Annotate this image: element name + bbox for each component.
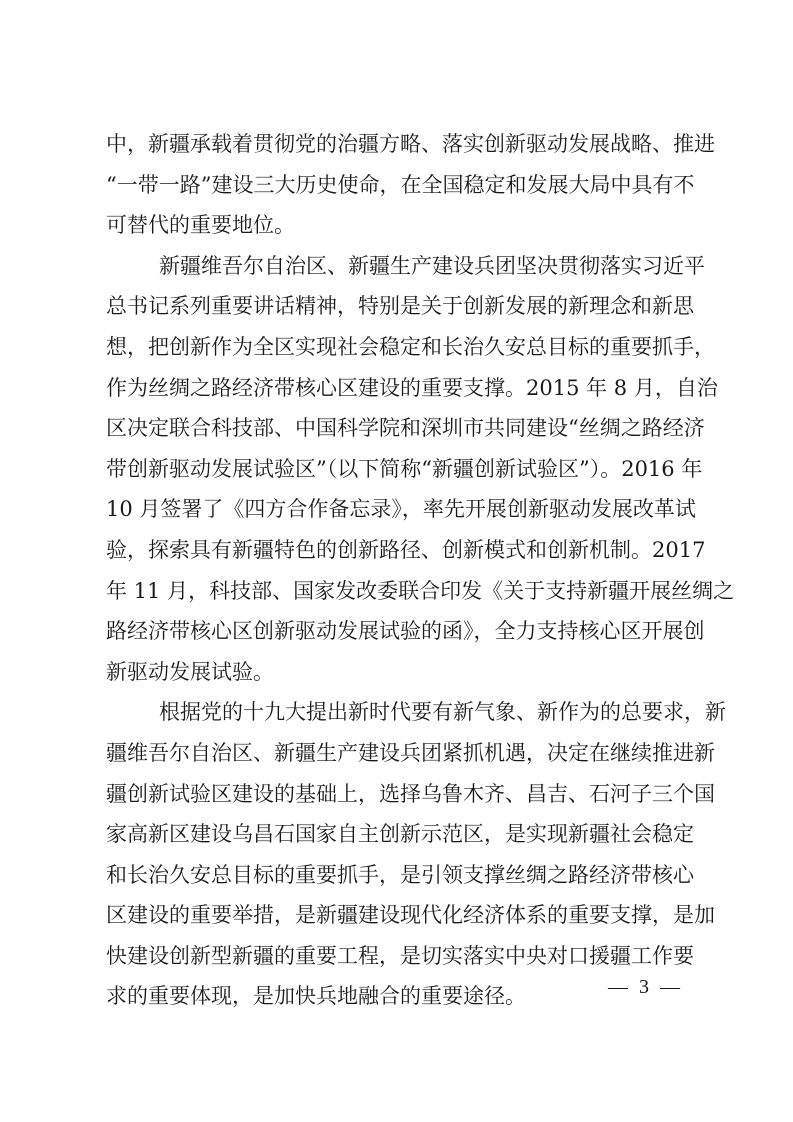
text-line: 新驱动发展试验。 <box>106 652 690 693</box>
text-line: 根据党的十九大提出新时代要有新气象、新作为的总要求，新 <box>106 692 690 733</box>
text-line: 区建设的重要举措，是新疆建设现代化经济体系的重要支撑，是加 <box>106 895 690 936</box>
text-line: 求的重要体现，是加快兵地融合的重要途径。 <box>106 976 690 1017</box>
page-number: — 3 — <box>604 976 684 999</box>
paragraph-1: 中，新疆承载着贯彻党的治疆方略、落实创新驱动发展战略、推进 “一带一路”建设三大… <box>106 124 690 246</box>
text-line: 可替代的重要地位。 <box>106 205 690 246</box>
text-line: 想，把创新作为全区实现社会稳定和长治久安总目标的重要抓手， <box>106 327 690 368</box>
text-line: 作为丝绸之路经济带核心区建设的重要支撑。2015 年 8 月，自治 <box>106 368 690 409</box>
text-line: 新疆维吾尔自治区、新疆生产建设兵团坚决贯彻落实习近平 <box>106 246 690 287</box>
paragraph-3: 根据党的十九大提出新时代要有新气象、新作为的总要求，新 疆维吾尔自治区、新疆生产… <box>106 692 690 1017</box>
text-line: 路经济带核心区创新驱动发展试验的函》，全力支持核心区开展创 <box>106 611 690 652</box>
text-line: 验，探索具有新疆特色的创新路径、创新模式和创新机制。2017 <box>106 530 690 571</box>
text-line: 和长治久安总目标的重要抓手，是引领支撑丝绸之路经济带核心 <box>106 855 690 896</box>
text-line: “一带一路”建设三大历史使命，在全国稳定和发展大局中具有不 <box>106 165 690 206</box>
text-line: 带创新驱动发展试验区”（以下简称“新疆创新试验区”）。2016 年 <box>106 449 690 490</box>
document-body: 中，新疆承载着贯彻党的治疆方略、落实创新驱动发展战略、推进 “一带一路”建设三大… <box>106 124 690 1017</box>
text-line: 10 月签署了《四方合作备忘录》，率先开展创新驱动发展改革试 <box>106 489 690 530</box>
text-line: 中，新疆承载着贯彻党的治疆方略、落实创新驱动发展战略、推进 <box>106 124 690 165</box>
text-line: 家高新区建设乌昌石国家自主创新示范区，是实现新疆社会稳定 <box>106 814 690 855</box>
text-line: 区决定联合科技部、中国科学院和深圳市共同建设“丝绸之路经济 <box>106 408 690 449</box>
text-line: 疆创新试验区建设的基础上，选择乌鲁木齐、昌吉、石河子三个国 <box>106 774 690 815</box>
text-line: 快建设创新型新疆的重要工程，是切实落实中央对口援疆工作要 <box>106 936 690 977</box>
text-line: 年 11 月，科技部、国家发改委联合印发《关于支持新疆开展丝绸之 <box>106 571 690 612</box>
paragraph-2: 新疆维吾尔自治区、新疆生产建设兵团坚决贯彻落实习近平 总书记系列重要讲话精神，特… <box>106 246 690 693</box>
text-line: 疆维吾尔自治区、新疆生产建设兵团紧抓机遇，决定在继续推进新 <box>106 733 690 774</box>
text-line: 总书记系列重要讲话精神，特别是关于创新发展的新理念和新思 <box>106 286 690 327</box>
